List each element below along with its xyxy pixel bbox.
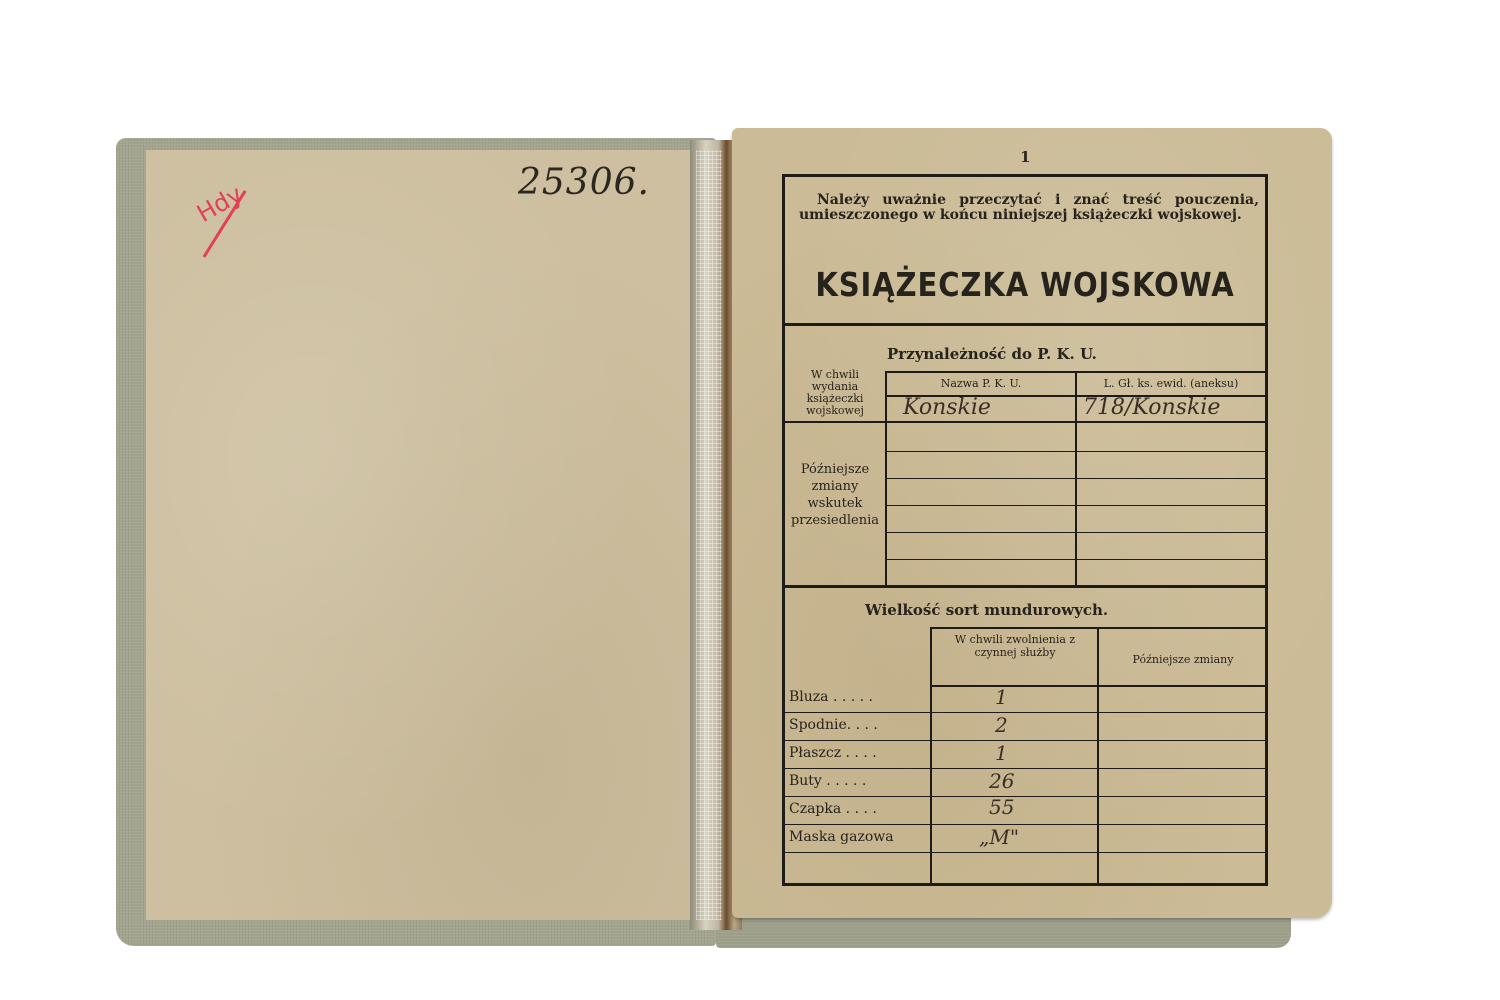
col-header-ledger: L. Gł. ks. ewid. (aneksu) — [1077, 377, 1265, 390]
page-number: 1 — [1020, 148, 1030, 166]
ruling — [885, 505, 1265, 506]
ruling — [885, 532, 1265, 533]
uniform-label-czapka: Czapka . . . . — [789, 801, 877, 817]
divider — [785, 323, 1265, 326]
ruling — [785, 712, 1265, 713]
divider — [785, 421, 1265, 423]
ruling — [785, 768, 1265, 769]
col-header-later-changes: Późniejsze zmiany — [1101, 653, 1265, 666]
col-header-pku-name: Nazwa P. K. U. — [887, 377, 1075, 390]
uniform-value-buty: 26 — [989, 769, 1014, 793]
uniform-label-bluza: Bluza . . . . . — [789, 689, 873, 705]
divider — [785, 585, 1265, 588]
notice-text: Należy uważnie przeczytać i znać treść p… — [799, 193, 1259, 223]
inside-cover-page — [146, 150, 698, 920]
ruling — [785, 852, 1265, 853]
ruling — [785, 740, 1265, 741]
divider — [930, 627, 932, 883]
divider — [930, 685, 1265, 687]
uniform-value-plaszcz: 1 — [995, 741, 1008, 765]
uniform-label-maska-gazowa: Maska gazowa — [789, 829, 894, 845]
uniform-heading: Wielkość sort mundurowych. — [865, 601, 1108, 619]
issue-row-label: W chwili wydania książeczki wojskowej — [791, 369, 879, 417]
col-header-discharge: W chwili zwolnienia z czynnej służby — [935, 633, 1095, 659]
ledger-value: 718/Konskie — [1083, 395, 1220, 420]
document-title: KSIĄŻECZKA WOJSKOWA — [814, 265, 1236, 304]
uniform-value-maska-gazowa: „M" — [979, 825, 1019, 849]
uniform-value-czapka: 55 — [989, 795, 1014, 819]
pku-name-value: Konskie — [903, 395, 991, 420]
handwritten-catalog-number: 25306. — [518, 162, 650, 203]
uniform-label-buty: Buty . . . . . — [789, 773, 866, 789]
pku-heading: Przynależność do P. K. U. — [887, 345, 1097, 363]
divider — [1097, 627, 1099, 883]
ruling — [885, 478, 1265, 479]
uniform-value-bluza: 1 — [995, 685, 1008, 709]
ruling — [785, 796, 1265, 797]
ruling — [885, 451, 1265, 452]
spine-binding-mesh — [696, 150, 722, 920]
ruling — [885, 559, 1265, 560]
ruling — [785, 824, 1265, 825]
uniform-label-plaszcz: Płaszcz . . . . — [789, 745, 877, 761]
changes-row-label: Późniejsze zmiany wskutek przesiedlenia — [789, 461, 881, 529]
uniform-label-spodnie: Spodnie. . . . — [789, 717, 878, 733]
uniform-value-spodnie: 2 — [995, 713, 1008, 737]
form-frame: Należy uważnie przeczytać i znać treść p… — [782, 174, 1268, 886]
